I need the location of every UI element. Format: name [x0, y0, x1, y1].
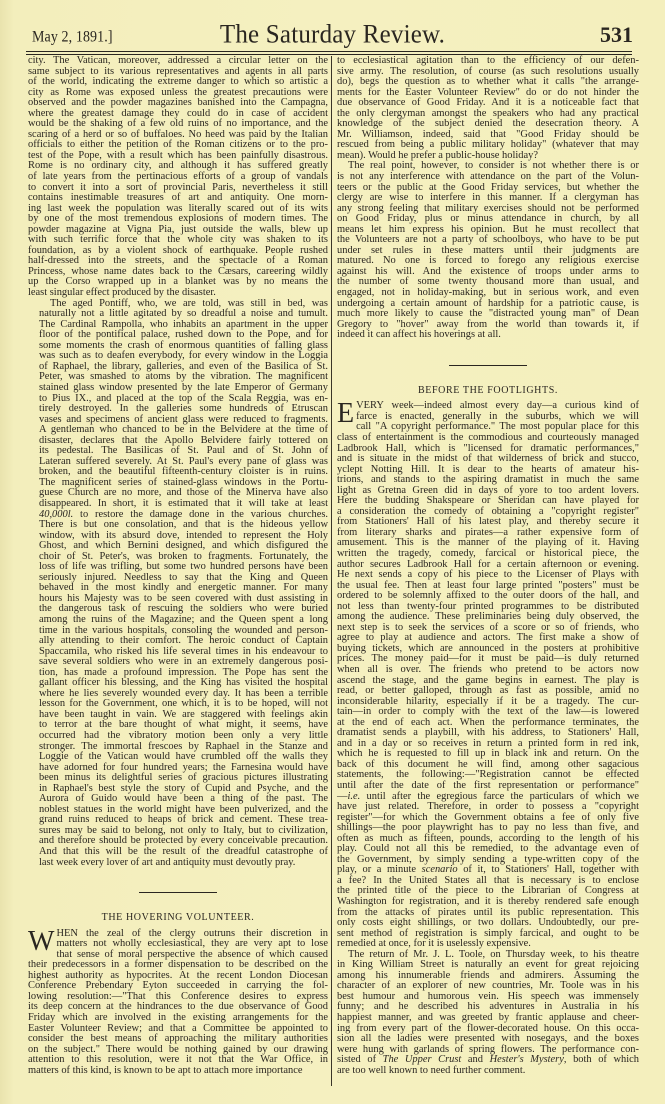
footlights-paragraph: E VERY week—indeed almost every day—a cu…	[337, 401, 639, 949]
text-line: is not any interference with attendance …	[337, 172, 639, 183]
text-line: And that this will be the result of the …	[28, 847, 328, 858]
page-header: May 2, 1891.] The Saturday Review. 531	[30, 20, 635, 48]
right-column: to ecclesiastical agitation than to the …	[337, 56, 639, 1076]
text-line: occurred had the vibratory motion been o…	[28, 731, 328, 742]
text-line: when all is over. The friends who preten…	[337, 665, 639, 676]
pontiff-paragraph: The aged Pontiff, who, we are told, was …	[28, 299, 328, 869]
text-line: Friday which are involved in the existin…	[28, 1013, 328, 1024]
real-point-paragraph: The real point, however, to consider is …	[337, 161, 639, 340]
left-column: city. The Vatican, moreover, addressed a…	[28, 56, 328, 1076]
text-line: until after the date of the first repres…	[337, 781, 639, 792]
text-line: to ecclesiastical agitation than to the …	[337, 56, 639, 67]
column-divider	[331, 56, 332, 1086]
text-line: of late years from the pertinacious effo…	[28, 172, 328, 183]
volunteer-continued-paragraph: to ecclesiastical agitation than to the …	[337, 56, 639, 161]
text-line: class of entertainment is the commodious…	[337, 433, 639, 444]
drop-cap: E	[337, 403, 354, 425]
text-line: happiest manner, and was greeted by fran…	[337, 1013, 639, 1024]
text-line: least singular effect produced by the di…	[28, 288, 328, 299]
text-line: stained glass window presented by the la…	[28, 383, 328, 394]
text-line: Washington for registration, and it is t…	[337, 897, 639, 908]
hovering-volunteer-paragraph: W HEN the zeal of the clergy outruns the…	[28, 929, 328, 1077]
text-line: engaged, not in holiday-making, but in s…	[337, 288, 639, 299]
text-line: matters of this kind, is known to be apt…	[28, 1066, 328, 1077]
text-line: last week every lover of art and antiqui…	[28, 858, 328, 869]
section-title-before-the-footlights: BEFORE THE FOOTLIGHTS.	[337, 386, 639, 397]
section-title-hovering-volunteer: THE HOVERING VOLUNTEER.	[28, 913, 328, 924]
text-line: are too well known to need further comme…	[337, 1066, 639, 1077]
text-line: and is situate in the midst of that wild…	[337, 454, 639, 465]
text-line: written the tragedy, comedy, farcical or…	[337, 549, 639, 560]
newspaper-page: May 2, 1891.] The Saturday Review. 531 c…	[0, 0, 665, 1104]
text-line: among the ruins of the Magazine; and the…	[28, 615, 328, 626]
page-number: 531	[600, 22, 633, 48]
text-line: city. The Vatican, moreover, addressed a…	[28, 56, 328, 67]
text-line: tirely destroyed. In the galleries some …	[28, 404, 328, 415]
drop-cap: W	[28, 931, 54, 953]
toole-paragraph: The return of Mr. J. L. Toole, on Thursd…	[337, 950, 639, 1077]
vatican-paragraph: city. The Vatican, moreover, addressed a…	[28, 56, 328, 299]
text-line: indeed it can affect his hoverings at al…	[337, 330, 639, 341]
publication-title: The Saturday Review.	[30, 20, 635, 49]
